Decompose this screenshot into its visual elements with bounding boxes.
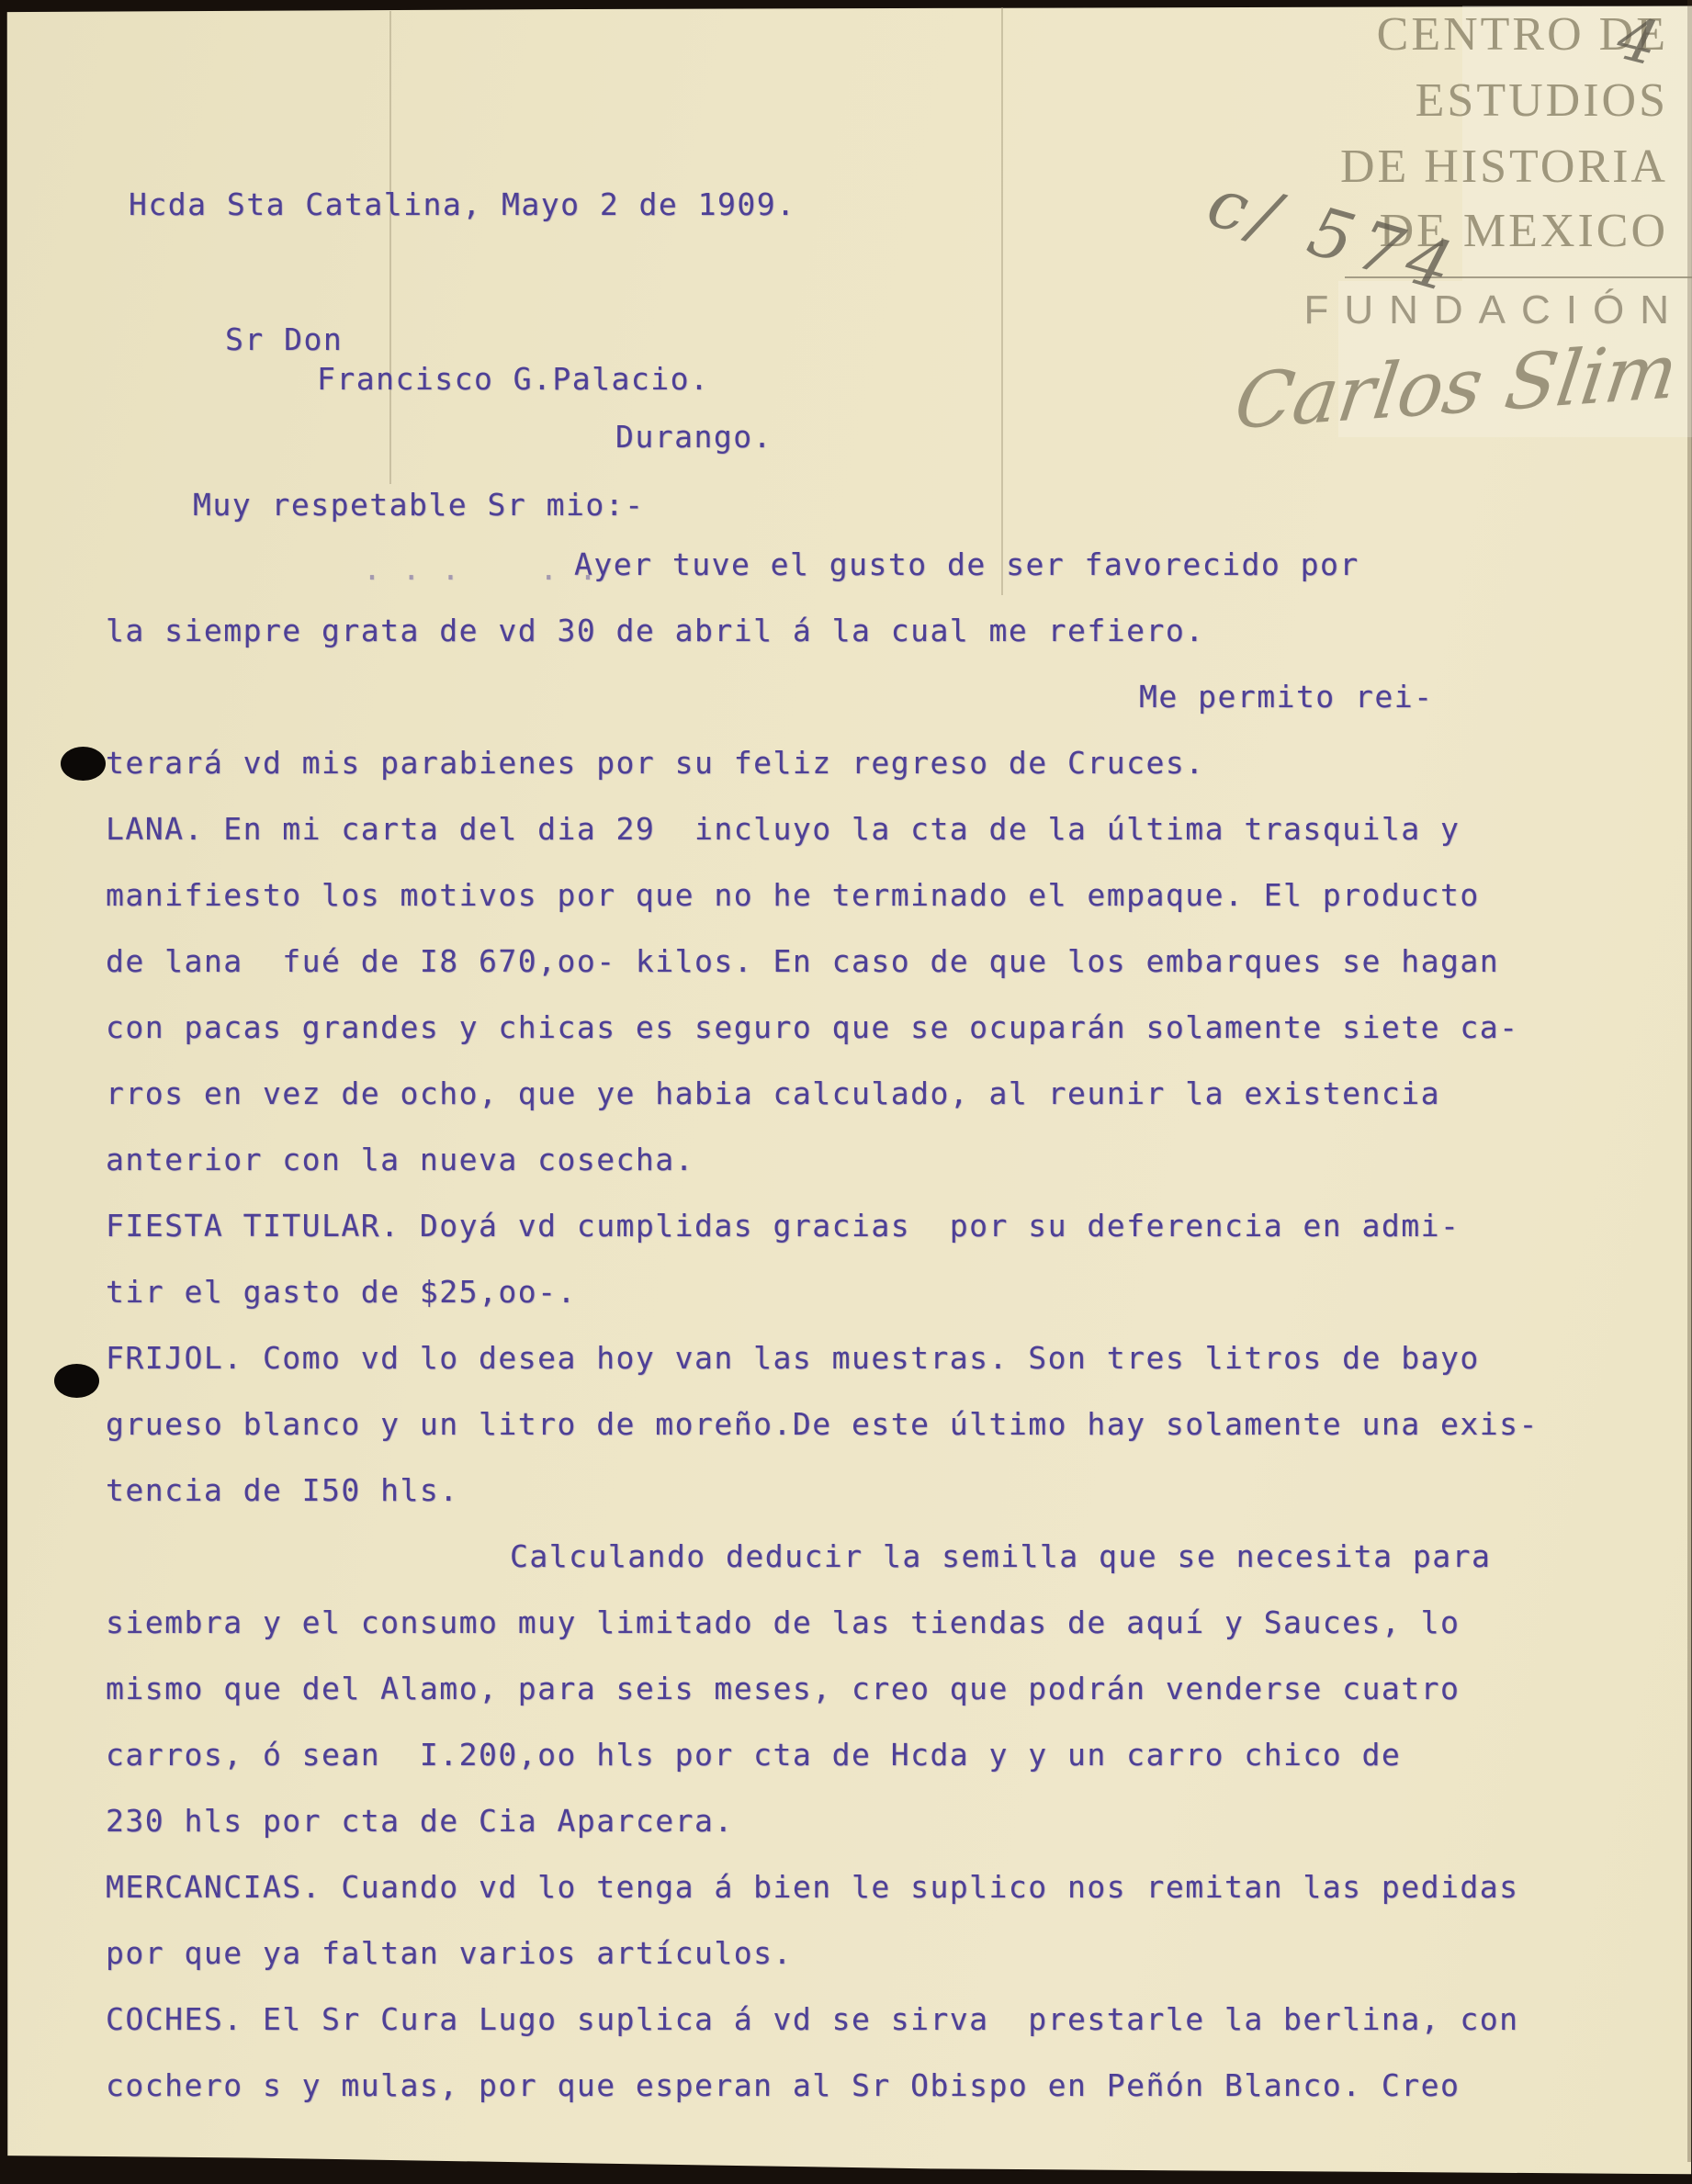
letter-body-line: de lana fué de I8 670,oo- kilos. En caso… (106, 929, 1667, 995)
letter-body-line: Calculando deducir la semilla que se nec… (106, 1524, 1667, 1590)
letter-dateline: Hcda Sta Catalina, Mayo 2 de 1909. (129, 186, 796, 222)
watermark-line: ESTUDIOS (1416, 73, 1668, 128)
letter-body-line: rros en vez de ocho, que ye habia calcul… (106, 1061, 1667, 1127)
letter-body-line: FRIJOL. Como vd lo desea hoy van las mue… (106, 1325, 1667, 1391)
letter-body-line: carros, ó sean I.200,oo hls por cta de H… (106, 1722, 1667, 1788)
letter-body-line: 230 hls por cta de Cia Aparcera. (106, 1788, 1667, 1854)
scanned-letter-page: { "colors":{"ink":"#4e4096","paper":"#ed… (0, 0, 1692, 2184)
letter-body-line: Ayer tuve el gusto de ser favorecido por (106, 532, 1667, 598)
punch-hole (54, 1364, 99, 1398)
punch-hole (61, 747, 106, 781)
letter-body-line: cochero s y mulas, por que esperan al Sr… (106, 2053, 1667, 2119)
watermark-line: DE HISTORIA (1340, 140, 1668, 194)
letter-body-line: grueso blanco y un litro de moreño.De es… (106, 1391, 1667, 1458)
letter-body-line: MERCANCIAS. Cuando vd lo tenga á bien le… (106, 1854, 1667, 1920)
letter-body-line: manifiesto los motivos por que no he ter… (106, 862, 1667, 929)
paper-fold-crease (1001, 7, 1003, 595)
letter-body-line: tencia de I50 hls. (106, 1458, 1667, 1524)
letter-recipient-city: Durango. (615, 419, 773, 455)
letter-recipient-name: Francisco G.Palacio. (317, 361, 709, 397)
letter-body-line: tir el gasto de $25,oo-. (106, 1259, 1667, 1325)
letter-body: Ayer tuve el gusto de ser favorecido por… (106, 532, 1667, 2119)
letter-body-line: la siempre grata de vd 30 de abril á la … (106, 598, 1667, 664)
paper-fold-crease (389, 11, 391, 484)
letter-recipient-prefix: Sr Don (225, 321, 343, 357)
letter-body-line: siembra y el consumo muy limitado de las… (106, 1590, 1667, 1656)
letter-body-line: terará vd mis parabienes por su feliz re… (106, 730, 1667, 796)
letter-body-line: por que ya faltan varios artículos. (106, 1920, 1667, 1987)
letter-body-line: mismo que del Alamo, para seis meses, cr… (106, 1656, 1667, 1722)
letter-body-line: anterior con la nueva cosecha. (106, 1127, 1667, 1193)
letter-body-line: LANA. En mi carta del dia 29 incluyo la … (106, 796, 1667, 862)
letter-body-line: COCHES. El Sr Cura Lugo suplica á vd se … (106, 1987, 1667, 2053)
watermark-foundation-label: FUNDACIÓN (1303, 287, 1685, 333)
letter-body-line: Me permito rei- (106, 664, 1667, 730)
letter-body-line: FIESTA TITULAR. Doyá vd cumplidas gracia… (106, 1193, 1667, 1259)
letter-body-line: con pacas grandes y chicas es seguro que… (106, 995, 1667, 1061)
letter-salutation: Muy respetable Sr mio:- (193, 487, 644, 523)
